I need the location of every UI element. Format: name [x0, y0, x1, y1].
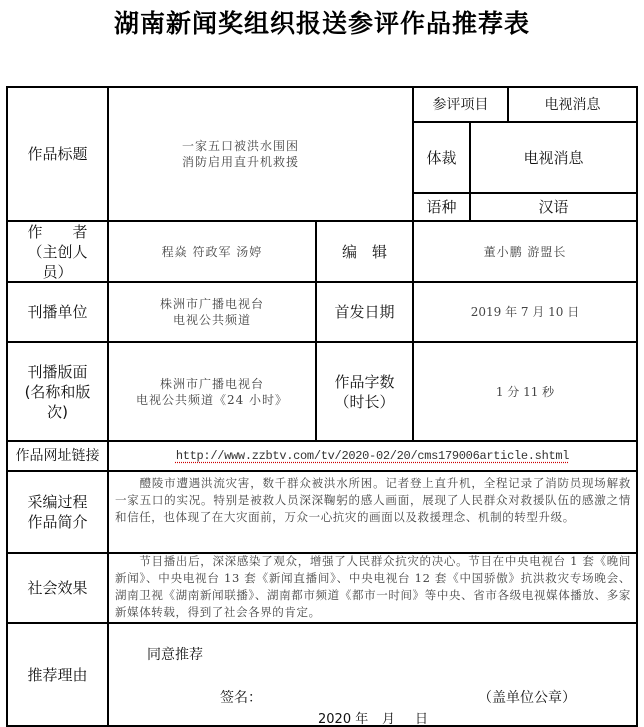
date-month: 月 — [382, 708, 395, 727]
edition-label-line1: 刊播版面 — [27, 362, 87, 382]
publisher-line2: 电视公共频道 — [173, 312, 251, 328]
work-title-line1: 一家五口被洪水围困 — [182, 138, 299, 154]
first-date-label: 首发日期 — [317, 283, 412, 341]
work-title-value[interactable]: 一家五口被洪水围困 消防启用直升机救援 — [109, 88, 412, 220]
publisher-value[interactable]: 株洲市广播电视台 电视公共频道 — [109, 283, 315, 341]
recommendation-label: 推荐理由 — [8, 624, 107, 725]
genre-label: 体裁 — [414, 123, 469, 192]
url-link[interactable]: http://www.zzbtv.com/tv/2020-02/20/cms17… — [176, 449, 569, 463]
length-label-line1: 作品字数 — [334, 372, 394, 392]
recommendation-value[interactable]: 同意推荐 — [147, 644, 203, 664]
length-value[interactable]: 1 分 11 秒 — [414, 343, 636, 440]
summary-label-line2: 作品简介 — [27, 512, 87, 532]
authors-label-line3: 员） — [42, 262, 72, 282]
edition-label: 刊播版面 (名称和版 次) — [8, 343, 107, 440]
first-date-value[interactable]: 2019 年 7 月 10 日 — [414, 283, 636, 341]
publisher-line1: 株洲市广播电视台 — [160, 296, 264, 312]
summary-text[interactable]: 醴陵市遭遇洪流灾害，数千群众被洪水所困。记者登上直升机，全程记录了消防员现场解救… — [115, 475, 631, 550]
authors-value[interactable]: 程焱 符政军 汤婷 — [109, 222, 315, 281]
signature-label: 签名： — [220, 687, 262, 707]
edition-label-line3: 次) — [47, 402, 68, 422]
edition-label-line2: (名称和版 — [25, 382, 91, 402]
date-year: 2020 年 — [318, 708, 368, 727]
seal-note: （盖单位公章） — [478, 687, 576, 707]
editor-label: 编 辑 — [317, 222, 412, 281]
edition-line2: 电视公共频道《24 小时》 — [136, 392, 288, 408]
summary-label: 采编过程 作品简介 — [8, 472, 107, 552]
authors-label: 作 者 （主创人 员） — [8, 222, 107, 281]
language-label: 语种 — [414, 194, 469, 220]
social-effect-text[interactable]: 节目播出后，深深感染了观众，增强了人民群众抗灾的决心。节目在中央电视台 1 套《… — [115, 553, 631, 621]
edition-value[interactable]: 株洲市广播电视台 电视公共频道《24 小时》 — [109, 343, 315, 440]
work-title-label: 作品标题 — [8, 88, 107, 220]
genre-value[interactable]: 电视消息 — [471, 123, 636, 192]
social-effect-label: 社会效果 — [8, 554, 107, 622]
length-label: 作品字数 （时长） — [317, 343, 412, 440]
table-border-right — [636, 86, 638, 726]
summary-label-line1: 采编过程 — [27, 492, 87, 512]
authors-label-line1: 作 者 — [27, 222, 87, 242]
category-value[interactable]: 电视消息 — [509, 88, 636, 121]
url-cell: http://www.zzbtv.com/tv/2020-02/20/cms17… — [109, 442, 636, 470]
document-title: 湖南新闻奖组织报送参评作品推荐表 — [0, 4, 644, 40]
edition-line1: 株洲市广播电视台 — [160, 376, 264, 392]
date-day: 日 — [415, 708, 428, 727]
publisher-label: 刊播单位 — [8, 283, 107, 341]
language-value[interactable]: 汉语 — [471, 194, 636, 220]
authors-label-line2: （主创人 — [27, 242, 87, 262]
editor-value[interactable]: 董小鹏 游盟长 — [414, 222, 636, 281]
url-label: 作品网址链接 — [8, 442, 107, 470]
length-label-line2: （时长） — [334, 392, 394, 412]
category-label: 参评项目 — [414, 88, 507, 121]
work-title-line2: 消防启用直升机救援 — [182, 154, 299, 170]
